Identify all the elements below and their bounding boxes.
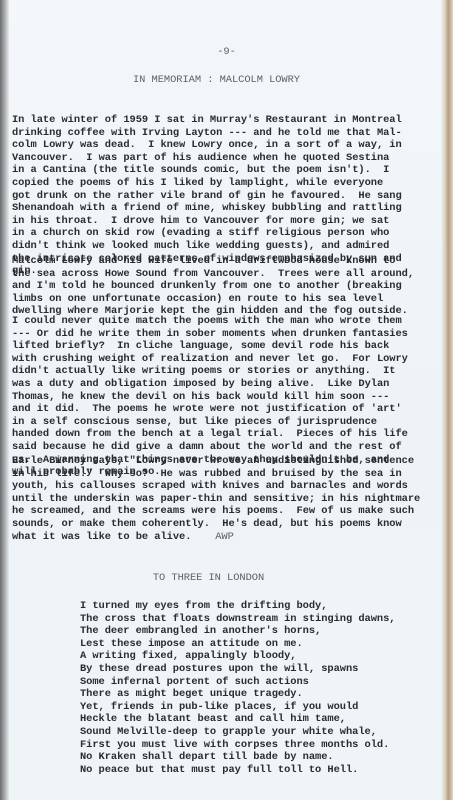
- text-line: in his throat. I drove him to Vancouver …: [12, 215, 389, 228]
- text-line: lifted briefly? In cliche language, some…: [12, 340, 389, 353]
- text-line: and it did. The poems he wrote were not …: [12, 403, 402, 416]
- article-title: IN MEMORIAM : MALCOLM LOWRY: [0, 74, 443, 87]
- poem-line: No peace but that must pay full toll to …: [80, 764, 358, 777]
- text-line: in a self conscious sense, but like piec…: [12, 416, 377, 429]
- text-line: In late winter of 1959 I sat in Murray's…: [12, 114, 402, 127]
- poem-line: There as might beget unique tragedy.: [80, 688, 303, 701]
- poem-line: The cross that floats downstream in stin…: [80, 613, 395, 626]
- poem-line: By these dread postures upon the will, s…: [80, 663, 358, 676]
- poem-line: A writing fixed, appalingly bloody,: [80, 650, 297, 663]
- text-line: colm Lowry was dead. I knew Lowry once, …: [12, 139, 402, 152]
- text-line: the sea across Howe Sound from Vancouver…: [12, 268, 414, 281]
- text-line: got drunk on the rather vile brand of gi…: [12, 190, 402, 203]
- text-line: in a Cantina (the title sounds comic, bu…: [12, 164, 389, 177]
- text-line: said because he did give a damn about th…: [12, 441, 402, 454]
- poem-line: First you must live with corpses three m…: [80, 739, 389, 752]
- text-line: until the underskin was paper-thin and s…: [12, 493, 420, 506]
- binding-edge: [0, 0, 9, 800]
- page-number: -9-: [0, 46, 453, 59]
- text-line: didn't actually like writing poems or st…: [12, 365, 396, 378]
- text-line: didn't think we looked much like wedding…: [12, 240, 389, 253]
- text-line: sounds, or make them coherently. He's de…: [12, 518, 402, 531]
- poem-title: TO THREE IN LONDON: [0, 572, 435, 585]
- typewritten-page: -9- IN MEMORIAM : MALCOLM LOWRY In late …: [0, 0, 453, 800]
- text-line: Thomas, he knew the devil on his back wo…: [12, 391, 389, 404]
- text-line: Earle Birney says, "Lowry never wrote an…: [12, 455, 414, 468]
- poem-line: I turned my eyes from the drifting body,: [80, 600, 327, 613]
- text-line: I could never quite match the poems with…: [12, 315, 402, 328]
- signature: AWP: [0, 531, 451, 544]
- text-line: drinking coffee with Irving Layton --- a…: [12, 127, 402, 140]
- poem-line: Lest these impose an attitude on me.: [80, 638, 303, 651]
- poem-line: Sound Melville-deep to grapple your whit…: [80, 726, 377, 739]
- text-line: limbs on one unfortunate occasion) en ro…: [12, 293, 383, 306]
- text-line: Shenandoah with a friend of mine, whiske…: [12, 202, 402, 215]
- text-line: handed down from the bench at a legal tr…: [12, 428, 408, 441]
- text-line: in his life." Why so? He was rubbed and …: [12, 468, 402, 481]
- text-line: Vancouver. I was part of his audience wh…: [12, 152, 389, 165]
- poem-line: No Kraken shall depart till bade by name…: [80, 751, 334, 764]
- poem-line: Yet, friends in pub-like places, if you …: [80, 701, 358, 714]
- text-line: youth, his callouses scraped with knives…: [12, 480, 408, 493]
- text-line: copied the poems of his I liked by lampl…: [12, 177, 383, 190]
- poem-line: Some infernal portent of such actions: [80, 676, 309, 689]
- text-line: he screamed, and the screams were his po…: [12, 505, 414, 518]
- text-line: Malcolm Lowry and his wife lived in a dr…: [12, 255, 396, 268]
- text-line: with crushing weight of realization and …: [12, 353, 408, 366]
- text-line: in a church on skid row (evading a stiff…: [12, 227, 389, 240]
- text-line: and I'm told he bounced drunkenly from o…: [12, 280, 402, 293]
- poem-line: Heckle the blatant beast and call him ta…: [80, 713, 346, 726]
- page-edge: [441, 0, 453, 800]
- text-line: --- Or did he write them in sober moment…: [12, 328, 408, 341]
- text-line: was a duty and obligation imposed by bei…: [12, 378, 389, 391]
- poem-line: The deer embrangled in another's horns,: [80, 625, 321, 638]
